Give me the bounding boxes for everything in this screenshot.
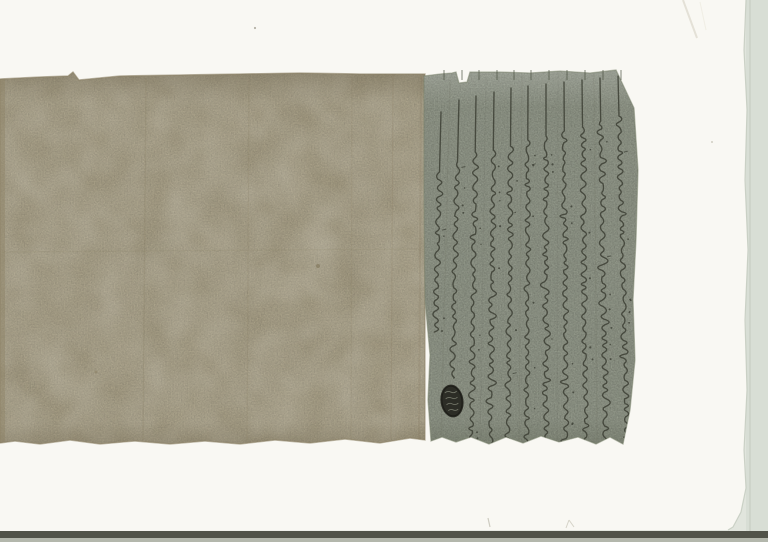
ink-dot <box>571 222 573 224</box>
ink-dot <box>609 308 611 310</box>
ink-dot <box>534 408 535 409</box>
ink-dot <box>443 317 445 319</box>
ink-dot <box>590 149 592 151</box>
ink-dot <box>498 165 500 167</box>
scroll-stain <box>316 264 320 268</box>
bottom-shadow-band-light <box>0 538 768 542</box>
ink-dot <box>462 204 464 206</box>
ink-dot <box>551 338 552 339</box>
ink-dot <box>609 294 611 296</box>
ink-dot <box>499 225 501 227</box>
ink-dot <box>572 422 574 424</box>
ink-dot <box>534 367 536 369</box>
ink-dot <box>499 192 501 194</box>
ink-dot <box>515 329 517 331</box>
scan-viewport <box>0 0 768 542</box>
scroll-stain <box>95 371 98 374</box>
ink-dot <box>628 322 630 324</box>
manuscript-scan <box>0 0 768 542</box>
ink-dot <box>479 334 480 335</box>
ink-dot <box>478 349 480 351</box>
ink-dot <box>606 141 608 143</box>
ink-dot <box>589 277 591 279</box>
ink-dot <box>629 311 631 313</box>
ink-dot <box>479 228 481 230</box>
ink-dot <box>551 154 553 156</box>
ink-dot <box>532 302 534 304</box>
scroll-paper-group <box>0 72 425 444</box>
ink-dot <box>627 238 629 240</box>
ink-dot <box>499 200 500 201</box>
ink-dot <box>532 215 534 217</box>
ink-dot <box>572 363 574 365</box>
ink-dot <box>462 212 464 214</box>
ink-dot <box>610 358 612 360</box>
ink-dot <box>589 232 591 234</box>
ink-dot <box>610 327 612 329</box>
ink-dot <box>514 212 516 214</box>
ink-dot <box>609 344 610 345</box>
ink-dot <box>464 187 465 188</box>
bottom-shadow-band <box>0 531 768 538</box>
scroll-paper-edge-shading <box>0 72 425 444</box>
paper-speck <box>711 141 713 143</box>
ink-dot <box>516 180 518 182</box>
ink-dot <box>589 346 591 348</box>
ink-dot <box>441 330 443 332</box>
ink-dot <box>570 205 572 207</box>
ink-dot <box>572 391 574 393</box>
ink-dot <box>476 431 478 433</box>
scroll-left-edge-shadow <box>0 76 5 444</box>
ink-dot <box>552 171 554 173</box>
ink-dot <box>630 300 632 302</box>
ink-dot <box>480 244 481 245</box>
ink-dot <box>551 163 553 165</box>
ink-dot <box>476 437 478 439</box>
paper-speck <box>254 27 256 29</box>
ink-dot <box>443 235 444 236</box>
ink-dot <box>534 155 536 157</box>
ink-dot <box>498 267 500 269</box>
scan-bed-right-strip <box>746 0 768 542</box>
ink-dot <box>592 358 594 360</box>
